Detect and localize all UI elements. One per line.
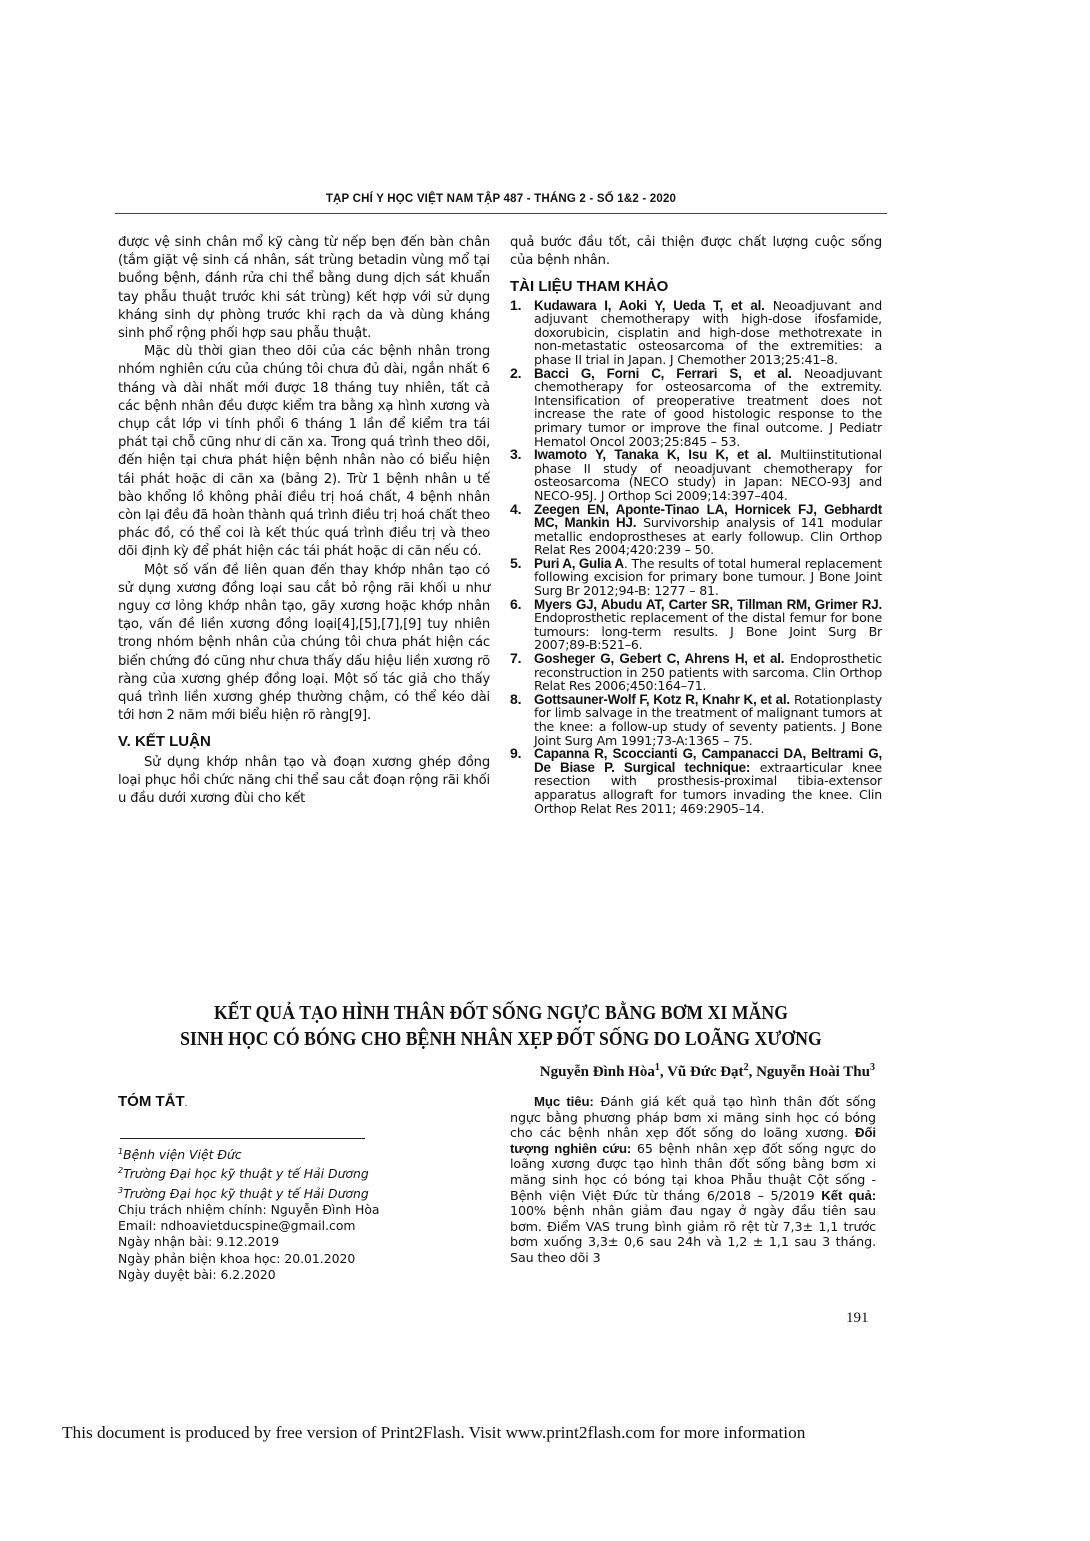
- right-column: quả bước đầu tốt, cải thiện được chất lư…: [510, 234, 882, 815]
- conclusion-heading: V. KẾT LUẬN: [118, 733, 490, 751]
- body-paragraph: Mặc dù thời gian theo dõi của các bệnh n…: [118, 343, 490, 561]
- affiliation-2: 2Trường Đại học kỹ thuật y tế Hải Dương: [118, 1163, 498, 1182]
- author-name: Nguyễn Hoài Thu: [756, 1064, 870, 1080]
- abstract-heading-text: TÓM TẮT: [118, 1093, 185, 1110]
- reference-item: 1.Kudawara I, Aoki Y, Ueda T, et al. Neo…: [510, 299, 882, 367]
- footnote-rule: [120, 1138, 365, 1139]
- reference-item: 4.Zeegen EN, Aponte-Tinao LA, Hornicek F…: [510, 503, 882, 557]
- reference-item: 2.Bacci G, Forni C, Ferrari S, et al. Ne…: [510, 367, 882, 449]
- references-heading: TÀI LIỆU THAM KHẢO: [510, 278, 882, 296]
- abstract-results: 100% bệnh nhân giảm đau ngay ở ngày đầu …: [510, 1203, 876, 1265]
- reference-item: 5.Puri A, Gulia A. The results of total …: [510, 557, 882, 598]
- left-column: được vệ sinh chân mổ kỹ càng từ nếp bẹn …: [118, 234, 490, 808]
- reference-number: 2.: [510, 367, 534, 449]
- abstract-label-objective: Mục tiêu:: [534, 1094, 594, 1109]
- affiliation-text: Trường Đại học kỹ thuật y tế Hải Dương: [123, 1166, 369, 1181]
- reference-number: 5.: [510, 557, 534, 598]
- reference-number: 8.: [510, 693, 534, 747]
- affiliation-1: 1Bệnh viện Việt Đức: [118, 1144, 498, 1163]
- author-separator: ,: [749, 1064, 757, 1080]
- email: Email: ndhoavietducspine@gmail.com: [118, 1218, 498, 1234]
- affiliation-3: 3Trường Đại học kỹ thuật y tế Hải Dương: [118, 1183, 498, 1202]
- reference-number: 3.: [510, 448, 534, 502]
- article-title: KẾT QUẢ TẠO HÌNH THÂN ĐỐT SỐNG NGỰC BẰNG…: [169, 1000, 833, 1052]
- author-affiliation-mark: 3: [870, 1062, 875, 1073]
- reference-number: 6.: [510, 598, 534, 652]
- body-paragraph: Một số vấn đề liên quan đến thay khớp nh…: [118, 562, 490, 726]
- author-name: Vũ Đức Đạt: [667, 1064, 744, 1080]
- author-name: Nguyễn Đình Hòa: [540, 1064, 655, 1080]
- abstract-label-results: Kết quả:: [821, 1188, 876, 1203]
- reference-number: 7.: [510, 652, 534, 693]
- abstract-heading: TÓM TẮT.: [118, 1093, 187, 1110]
- reference-number: 9.: [510, 747, 534, 815]
- running-header: TẠP CHÍ Y HỌC VIỆT NAM TẬP 487 - THÁNG 2…: [115, 193, 887, 205]
- responsible-author: Chịu trách nhiệm chính: Nguyễn Đình Hòa: [118, 1202, 498, 1218]
- reference-number: 4.: [510, 503, 534, 557]
- affiliation-text: Trường Đại học kỹ thuật y tế Hải Dương: [123, 1186, 369, 1201]
- conclusion-paragraph: Sử dụng khớp nhân tạo và đoạn xương ghép…: [118, 754, 490, 809]
- author-separator: ,: [660, 1064, 667, 1080]
- article-title-line: SINH HỌC CÓ BÓNG CHO BỆNH NHÂN XẸP ĐỐT S…: [169, 1026, 833, 1052]
- body-paragraph: được vệ sinh chân mổ kỹ càng từ nếp bẹn …: [118, 234, 490, 343]
- reference-number: 1.: [510, 299, 534, 367]
- date-reviewed: Ngày phản biện khoa học: 20.01.2020: [118, 1251, 498, 1267]
- conclusion-continuation: quả bước đầu tốt, cải thiện được chất lư…: [510, 234, 882, 270]
- reference-list: 1.Kudawara I, Aoki Y, Ueda T, et al. Neo…: [510, 299, 882, 816]
- footnotes: 1Bệnh viện Việt Đức 2Trường Đại học kỹ t…: [118, 1144, 498, 1283]
- date-accepted: Ngày duyệt bài: 6.2.2020: [118, 1267, 498, 1283]
- abstract-text: Mục tiêu: Đánh giá kết quả tạo hình thân…: [510, 1094, 876, 1266]
- header-rule: [115, 213, 887, 214]
- author-list: Nguyễn Đình Hòa1, Vũ Đức Đạt2, Nguyễn Ho…: [420, 1062, 875, 1081]
- reference-item: 9.Capanna R, Scoccianti G, Campanacci DA…: [510, 747, 882, 815]
- article-title-line: KẾT QUẢ TẠO HÌNH THÂN ĐỐT SỐNG NGỰC BẰNG…: [169, 1000, 833, 1026]
- reference-item: 7.Gosheger G, Gebert C, Ahrens H, et al.…: [510, 652, 882, 693]
- date-received: Ngày nhận bài: 9.12.2019: [118, 1234, 498, 1250]
- reference-item: 6.Myers GJ, Abudu AT, Carter SR, Tillman…: [510, 598, 882, 652]
- reference-text: Endoprosthetic replacement of the distal…: [534, 610, 882, 652]
- page-number: 191: [846, 1310, 869, 1327]
- reference-item: 3.Iwamoto Y, Tanaka K, Isu K, et al. Mul…: [510, 448, 882, 502]
- affiliation-text: Bệnh viện Việt Đức: [123, 1147, 242, 1162]
- reference-item: 8.Gottsauner-Wolf F, Kotz R, Knahr K, et…: [510, 693, 882, 747]
- print2flash-watermark: This document is produced by free versio…: [62, 1423, 892, 1443]
- abstract-heading-dot: .: [185, 1098, 188, 1109]
